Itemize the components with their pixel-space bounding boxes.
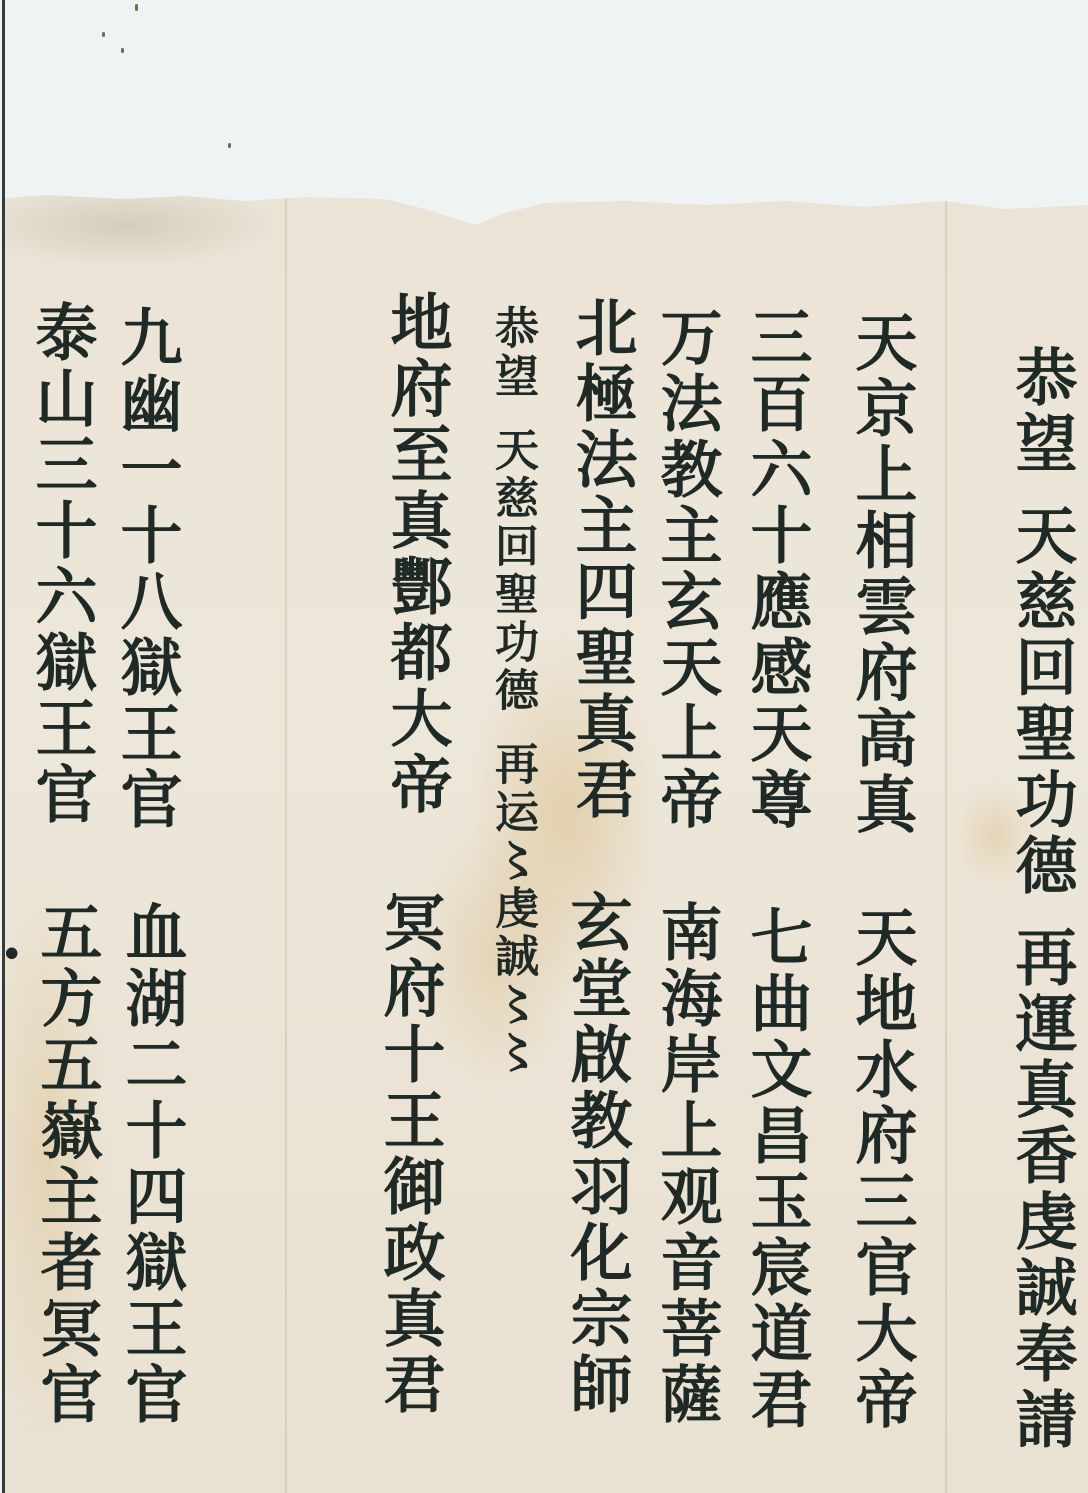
text-column-7-bottom: 冥府十王御政真君 [378, 890, 440, 1418]
column-segment: 天慈回聖功德 [1005, 503, 1078, 899]
dust-speck [135, 4, 138, 11]
text-column-7-top: 地府至真酆都大帝 [385, 290, 447, 818]
text-column-3-bottom: 七曲文昌玉宸道君 [745, 905, 807, 1433]
text-column-9-top: 泰山三十六獄王官 [30, 300, 92, 828]
scan-edge-line [2, 0, 5, 1493]
text-column-2-bottom: 天地水府三官大帝 [850, 905, 912, 1433]
text-column-2-top: 天京上相雲府高真 [850, 310, 912, 838]
text-column-8-bottom: 血湖二十四獄王官 [120, 900, 182, 1428]
text-column-5-top: 北極法主四聖真君 [570, 295, 632, 823]
column-segment: 再运〻虔誠〻〻 [487, 741, 538, 1077]
text-column-5-bottom: 玄堂啟教羽化宗師 [565, 890, 627, 1418]
column-segment: 天慈回聖功德 [487, 427, 538, 715]
dust-speck [121, 48, 124, 53]
text-column-4-top: 万法教主玄天上帝 [655, 305, 717, 833]
text-column-9-bottom: 五方五嶽主者冥官 [35, 900, 97, 1428]
text-column-1: 恭望天慈回聖功德再運真香虔誠奉請 [1010, 345, 1072, 1453]
paper-fold-line [285, 195, 287, 1493]
text-column-3-top: 三百六十應感天尊 [745, 305, 807, 833]
column-segment: 恭望 [487, 305, 538, 401]
text-column-partial-left: … [0, 900, 22, 977]
text-column-4-bottom: 南海岸上观音菩薩 [655, 900, 717, 1428]
text-column-8-top: 九幽一十八獄王官 [115, 305, 177, 833]
dust-speck [228, 143, 231, 148]
column-segment: 恭望 [1005, 345, 1078, 477]
paper-fold-line [945, 195, 947, 1493]
text-column-6: 恭望天慈回聖功德再运〻虔誠〻〻 [490, 305, 534, 1077]
column-segment: 再運真香虔誠奉請 [1005, 925, 1078, 1453]
dust-speck [102, 32, 105, 37]
